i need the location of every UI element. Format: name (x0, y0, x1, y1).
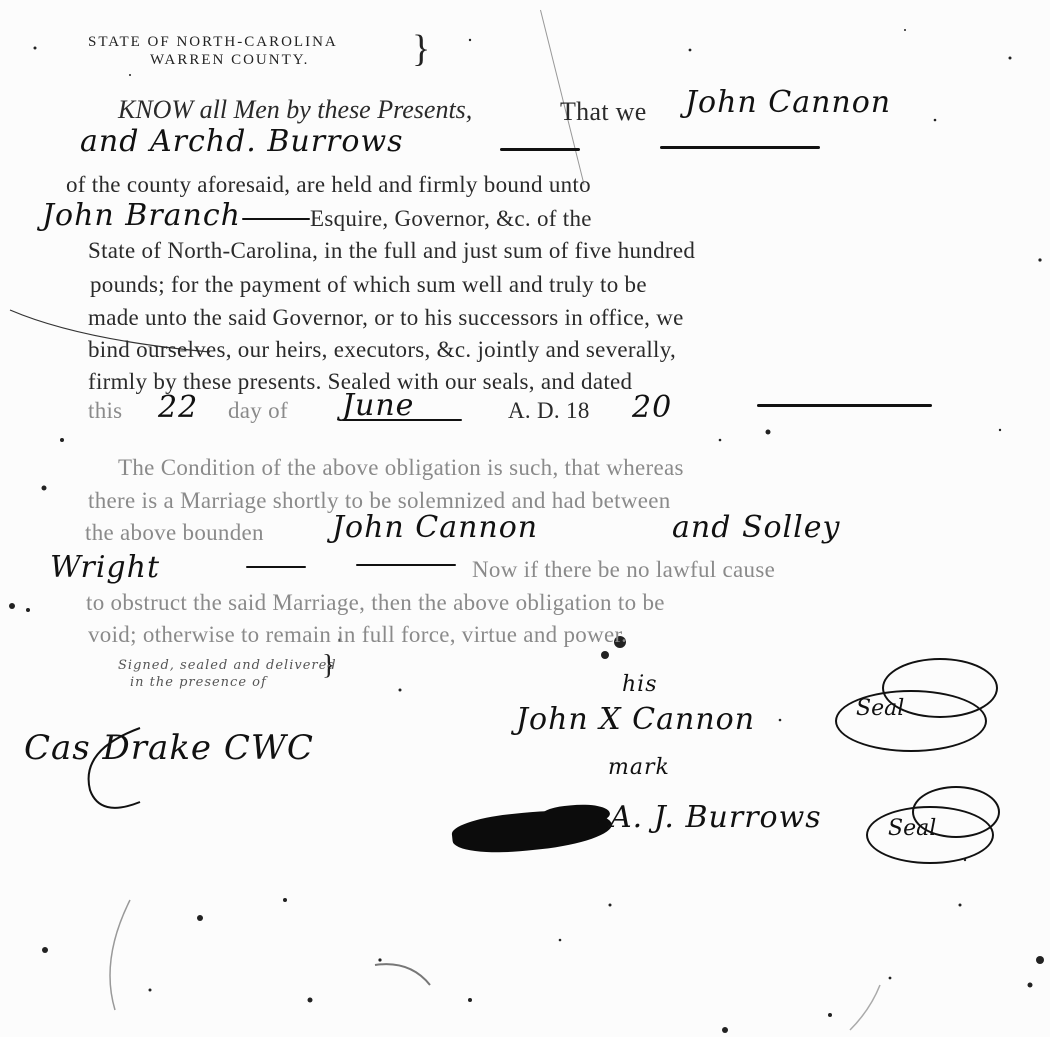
signature-flourish (80, 720, 200, 820)
bond-line-4: Esquire, Governor, &c. of the (310, 206, 592, 232)
witness-caption-line-1: Signed, sealed and delivered (118, 658, 337, 673)
date-year-handwritten: 20 (632, 390, 672, 425)
that-we-text: That we (560, 97, 647, 127)
seal-label: Seal (888, 816, 936, 841)
condition-line-3-text: the above bounden (85, 520, 264, 546)
document-page: STATE OF NORTH-CAROLINA WARREN COUNTY. }… (0, 0, 1050, 1037)
blank-rule (246, 566, 306, 568)
signature-mark-label: mark (608, 755, 670, 780)
brace-icon: } (322, 652, 335, 680)
condition-line-1: The Condition of the above obligation is… (118, 455, 684, 481)
bond-line-3: of the county aforesaid, are held and fi… (66, 172, 591, 198)
bond-line-8: bind ourselves, our heirs, executors, &c… (88, 337, 676, 363)
witness-caption-line-2: in the presence of (130, 675, 267, 690)
blank-rule (342, 419, 462, 421)
blank-rule (242, 218, 310, 220)
blank-rule (356, 564, 456, 566)
date-day-handwritten: 22 (158, 390, 198, 425)
groom-name-handwritten: John Cannon (332, 510, 538, 545)
condition-line-5: to obstruct the said Marriage, then the … (86, 590, 665, 616)
surety-name-handwritten: and Archd. Burrows (80, 124, 404, 159)
bond-line-7: made unto the said Governor, or to his s… (88, 305, 684, 331)
blank-rule (757, 404, 932, 407)
date-day-of-text: day of (228, 398, 288, 424)
condition-line-6: void; otherwise to remain in full force,… (88, 622, 627, 648)
county-heading: WARREN COUNTY. (150, 52, 309, 69)
know-all-men-text: KNOW all Men by these Presents, (118, 95, 472, 125)
blank-rule (500, 148, 580, 151)
date-this-text: this (88, 398, 122, 424)
date-month-handwritten: June (342, 388, 414, 423)
bride-surname-handwritten: Wright (50, 550, 160, 585)
date-ad-text: A. D. 18 (508, 398, 590, 424)
principal-signature: John X Cannon (516, 702, 755, 737)
state-heading: STATE OF NORTH-CAROLINA (88, 34, 338, 51)
signature-his-label: his (622, 672, 658, 697)
governor-name-handwritten: John Branch (42, 198, 241, 233)
bride-first-name-handwritten: and Solley (672, 510, 840, 545)
surety-signature: A. J. Burrows (610, 800, 822, 835)
brace-icon: } (412, 30, 430, 68)
bond-line-6: pounds; for the payment of which sum wel… (90, 272, 647, 298)
condition-line-4-text: Now if there be no lawful cause (472, 557, 775, 583)
seal-label: Seal (856, 696, 904, 721)
principal-name-handwritten: John Cannon (685, 85, 891, 120)
blank-rule (660, 146, 820, 149)
bond-line-5: State of North-Carolina, in the full and… (88, 238, 695, 264)
